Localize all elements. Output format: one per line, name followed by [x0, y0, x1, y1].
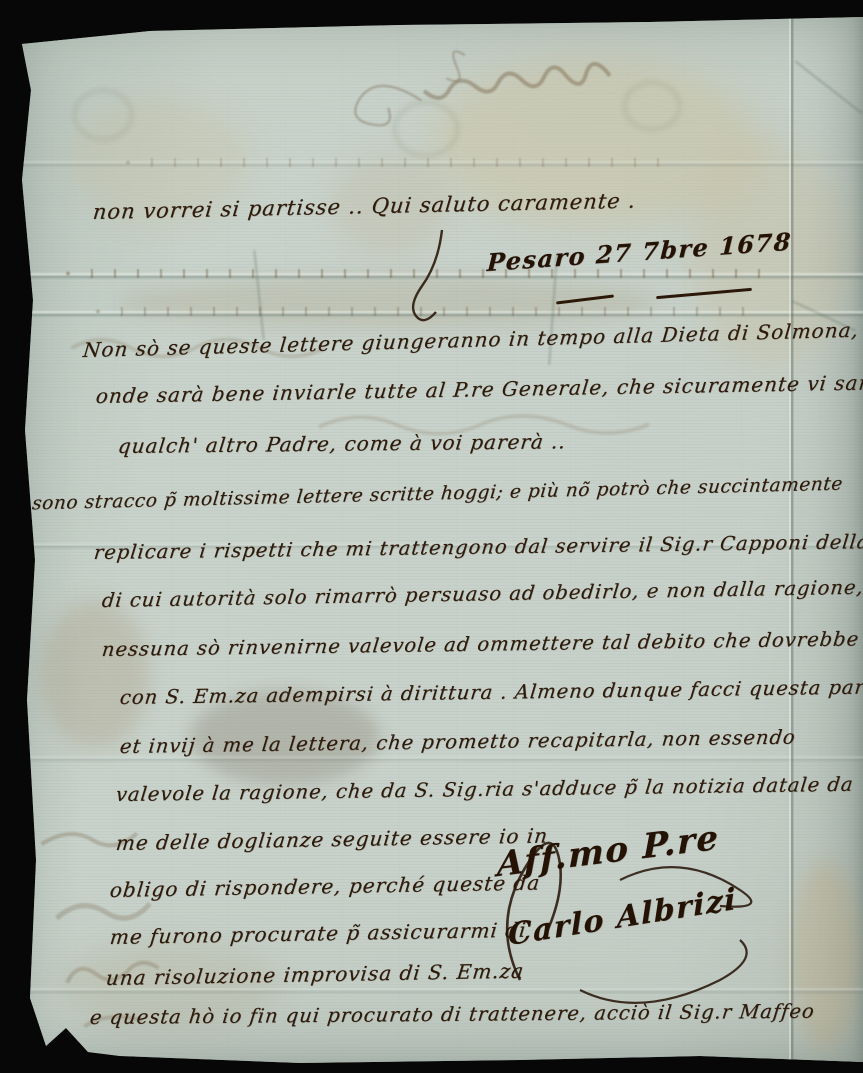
letter-line: e questa hò io fin qui procurato di trat…	[89, 1000, 816, 1029]
signature-name: Carlo Albrizi	[507, 882, 737, 953]
paper-stain	[120, 275, 660, 330]
letter-line: onde sarà bene inviarle tutte al P.re Ge…	[95, 370, 863, 408]
ink-speck-band	[60, 269, 760, 278]
emboss-ring	[392, 100, 460, 158]
ink-showthrough-mark	[325, 20, 626, 154]
letter-line-closing-note: non vorrei si partisse .. Qui saluto car…	[92, 189, 637, 224]
letter-line: nessuna sò rinvenirne valevole ad ommett…	[101, 627, 861, 661]
letter-line: Io sono stracco p̃ moltissime lettere sc…	[5, 474, 844, 516]
letter-sheet: non vorrei si partisse .. Qui saluto car…	[0, 0, 863, 1073]
wrinkle-mark	[253, 250, 264, 340]
letter-line: valevole la ragione, che da S. Sig.ria s…	[115, 773, 855, 806]
letter-line: et invij à me la lettera, che prometto r…	[119, 726, 797, 758]
photograph-of-letter: non vorrei si partisse .. Qui saluto car…	[0, 0, 863, 1073]
letter-line: di cui autorità solo rimarrò persuaso ad…	[101, 574, 863, 612]
emboss-ring	[72, 88, 134, 142]
ink-speck-band	[90, 307, 750, 316]
emboss-ring	[622, 80, 682, 132]
dateline-underline	[556, 294, 614, 304]
letter-line: qualch' altro Padre, come à voi parerà .…	[117, 429, 568, 458]
dateline-underline	[656, 288, 752, 299]
letter-line: obligo di rispondere, perché queste da	[109, 870, 542, 902]
wrinkle-mark	[794, 60, 862, 114]
letter-line: una risoluzione improvisa di S. Em.za	[105, 959, 526, 990]
paper-stain	[40, 600, 150, 750]
letter-line: me furono procurate p̃ assicurarmi di	[109, 918, 528, 949]
letter-line: Non sò se queste lettere giungeranno in …	[82, 318, 860, 362]
ink-speck-band	[120, 158, 680, 167]
letter-line: replicare i rispetti che mi trattengono …	[93, 530, 863, 564]
letter-line: con S. Em.za adempirsi à dirittura . Alm…	[119, 675, 863, 709]
letter-line: me delle doglianze seguite essere io in	[115, 823, 550, 855]
